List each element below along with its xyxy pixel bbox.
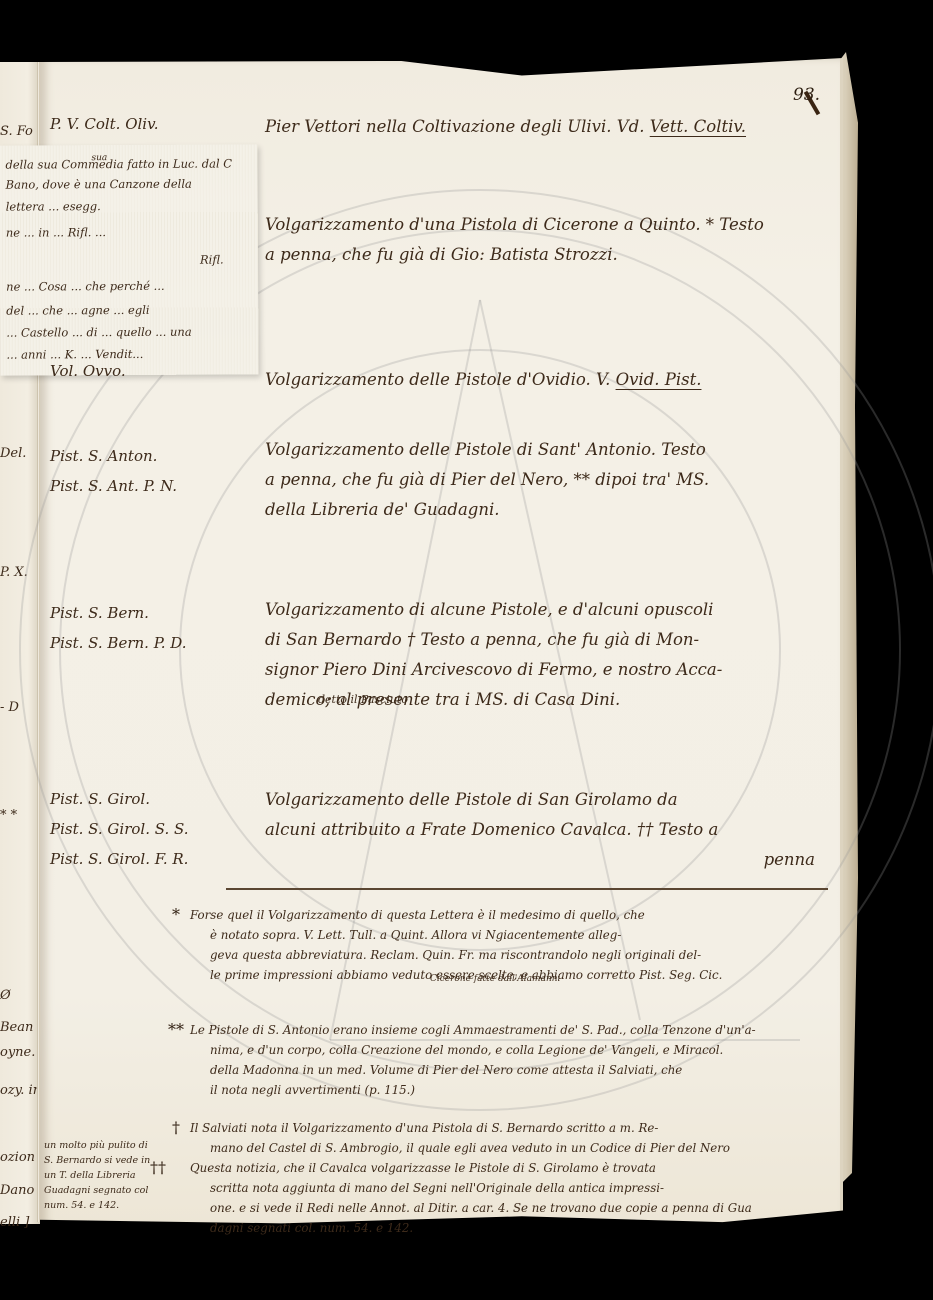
footnote-interlinear: Cicerone fatte dall'Alamanni (430, 974, 560, 984)
slip-faint-line: ... anni ... K. ... Vendit... (6, 347, 143, 362)
abbreviation-label: Pist. S. Ant. P. N. (50, 477, 177, 495)
footnote-line: Le Pistole di S. Antonio erano insieme c… (190, 1020, 830, 1040)
cross-reference: Vett. Coltiv. (650, 117, 746, 136)
abbreviation-label: Pist. S. Bern. (50, 604, 149, 622)
catalog-entry: Volgarizzamento delle Pistole di Sant' A… (265, 435, 825, 525)
margin-note-line: un molto più pulito di (44, 1138, 150, 1153)
catalog-entry: Volgarizzamento delle Pistole d'Ovidio. … (265, 365, 825, 395)
footnote-line: nima, e d'un corpo, colla Creazione del … (190, 1040, 830, 1060)
slip-faint-line: del ... che ... agne ... egli (6, 303, 149, 318)
entry-line: Volgarizzamento d'una Pistola di Ciceron… (265, 210, 825, 240)
left-page-fragment: elli ] (0, 1215, 40, 1230)
catalog-entry: Volgarizzamento delle Pistole di San Gir… (265, 785, 825, 875)
abbreviation-label: Pist. S. Girol. S. S. (50, 820, 189, 838)
footnote-marker: † (172, 1118, 180, 1137)
footnote: Le Pistole di S. Antonio erano insieme c… (190, 1020, 830, 1100)
left-page-fragment: Dano (0, 1183, 40, 1198)
footnote: Il Salviati nota il Volgarizzamento d'un… (190, 1118, 830, 1158)
entry-line: Pier Vettori nella Coltivazione degli Ul… (265, 112, 825, 142)
margin-note-line: S. Bernardo si vede in (44, 1153, 150, 1168)
left-page-fragment: ozy. in (0, 1083, 40, 1098)
entry-line: Volgarizzamento delle Pistole di Sant' A… (265, 435, 825, 465)
slip-line: della sua Commedia fatto in Luc. dal C (5, 156, 232, 171)
left-page-fragment: S. Fo (0, 124, 40, 139)
entry-line: Volgarizzamento delle Pistole d'Ovidio. … (265, 365, 825, 395)
entry-line: penna (265, 845, 825, 875)
footnote-line: è notato sopra. V. Lett. Tull. a Quint. … (190, 925, 830, 945)
left-page-fragment: - D (0, 700, 40, 715)
entry-line: di San Bernardo † Testo a penna, che fu … (265, 625, 825, 655)
footnote-line: geva questa abbreviatura. Reclam. Quin. … (190, 945, 830, 965)
footnote-line: mano del Castel di S. Ambrogio, il quale… (190, 1138, 830, 1158)
below-slip-text: Vol. Ovvo. (50, 362, 126, 380)
abbreviation-label: Pist. S. Girol. (50, 790, 150, 808)
margin-note-line: num. 54. e 142. (44, 1198, 150, 1213)
slip-faint-line: ... Castello ... di ... quello ... una (6, 325, 191, 340)
footnote-divider (226, 888, 828, 890)
footnote-line: Questa notizia, che il Cavalca volgarizz… (190, 1158, 830, 1178)
footnote-marker: * (172, 905, 180, 924)
entry-line: Volgarizzamento delle Pistole di San Gir… (265, 785, 825, 815)
left-page-fragment: oyne. (0, 1045, 40, 1060)
footnote-line: dagni segnati col. num. 54. e 142. (190, 1218, 830, 1238)
folio-number: 93. (793, 85, 820, 105)
abbreviation-label: Pist. S. Bern. P. D. (50, 634, 187, 652)
footnote-line: Forse quel il Volgarizzamento di questa … (190, 905, 830, 925)
footnote-line: il nota negli avvertimenti (p. 115.) (190, 1080, 830, 1100)
catalog-entry: Pier Vettori nella Coltivazione degli Ul… (265, 112, 825, 142)
footnote-line: Il Salviati nota il Volgarizzamento d'un… (190, 1118, 830, 1138)
slip-faint-line: Rifl. (200, 253, 224, 267)
left-page-fragment: Del. (0, 446, 40, 461)
interlinear-note: detto il Pasciuto (318, 693, 408, 706)
footnote: Forse quel il Volgarizzamento di questa … (190, 905, 830, 985)
left-page-fragment: Bean (0, 1020, 40, 1035)
abbreviation-label: Pist. S. Anton. (50, 447, 157, 465)
left-page-fragment: ozion (0, 1150, 40, 1165)
entry-line: a penna, che fu già di Pier del Nero, **… (265, 465, 825, 495)
slip-line: Bano, dove è una Canzone della (6, 177, 192, 192)
slip-faint-line: ne ... Cosa ... che perché ... (6, 279, 165, 294)
left-page-fragment: Ø (0, 988, 40, 1003)
abbreviation-label: P. V. Colt. Oliv. (50, 115, 159, 133)
entry-line: Volgarizzamento di alcune Pistole, e d'a… (265, 595, 825, 625)
catalog-entry: Volgarizzamento d'una Pistola di Ciceron… (265, 210, 825, 270)
slip-interlinear: sua (91, 153, 107, 163)
footnote-line: della Madonna in un med. Volume di Pier … (190, 1060, 830, 1080)
left-page-fragment: * * (0, 808, 40, 823)
footnote-line: one. e si vede il Redi nelle Annot. al D… (190, 1198, 830, 1218)
slip-faint-line: lettera ... esegg. (6, 199, 101, 213)
margin-note: un molto più pulito diS. Bernardo si ved… (44, 1138, 150, 1213)
cross-reference: Ovid. Pist. (616, 370, 702, 389)
left-page-fragment: P. X. (0, 565, 40, 580)
margin-note-line: Guadagni segnato col (44, 1183, 150, 1198)
footnote-marker: †† (150, 1158, 166, 1177)
entry-line: a penna, che fu già di Gio: Batista Stro… (265, 240, 825, 270)
entry-line: della Libreria de' Guadagni. (265, 495, 825, 525)
footnote-line: scritta nota aggiunta di mano del Segni … (190, 1178, 830, 1198)
footnote: Questa notizia, che il Cavalca volgarizz… (190, 1158, 830, 1238)
abbreviation-label: Pist. S. Girol. F. R. (50, 850, 188, 868)
slip-faint-line: ne ... in ... Rifl. ... (6, 225, 106, 240)
margin-note-line: un T. della Libreria (44, 1168, 150, 1183)
pasted-paper-slip: della sua Commedia fatto in Luc. dal C s… (0, 144, 259, 375)
entry-line: signor Piero Dini Arcivescovo di Fermo, … (265, 655, 825, 685)
entry-line: alcuni attribuito a Frate Domenico Caval… (265, 815, 825, 845)
footnote-marker: ** (168, 1020, 184, 1039)
